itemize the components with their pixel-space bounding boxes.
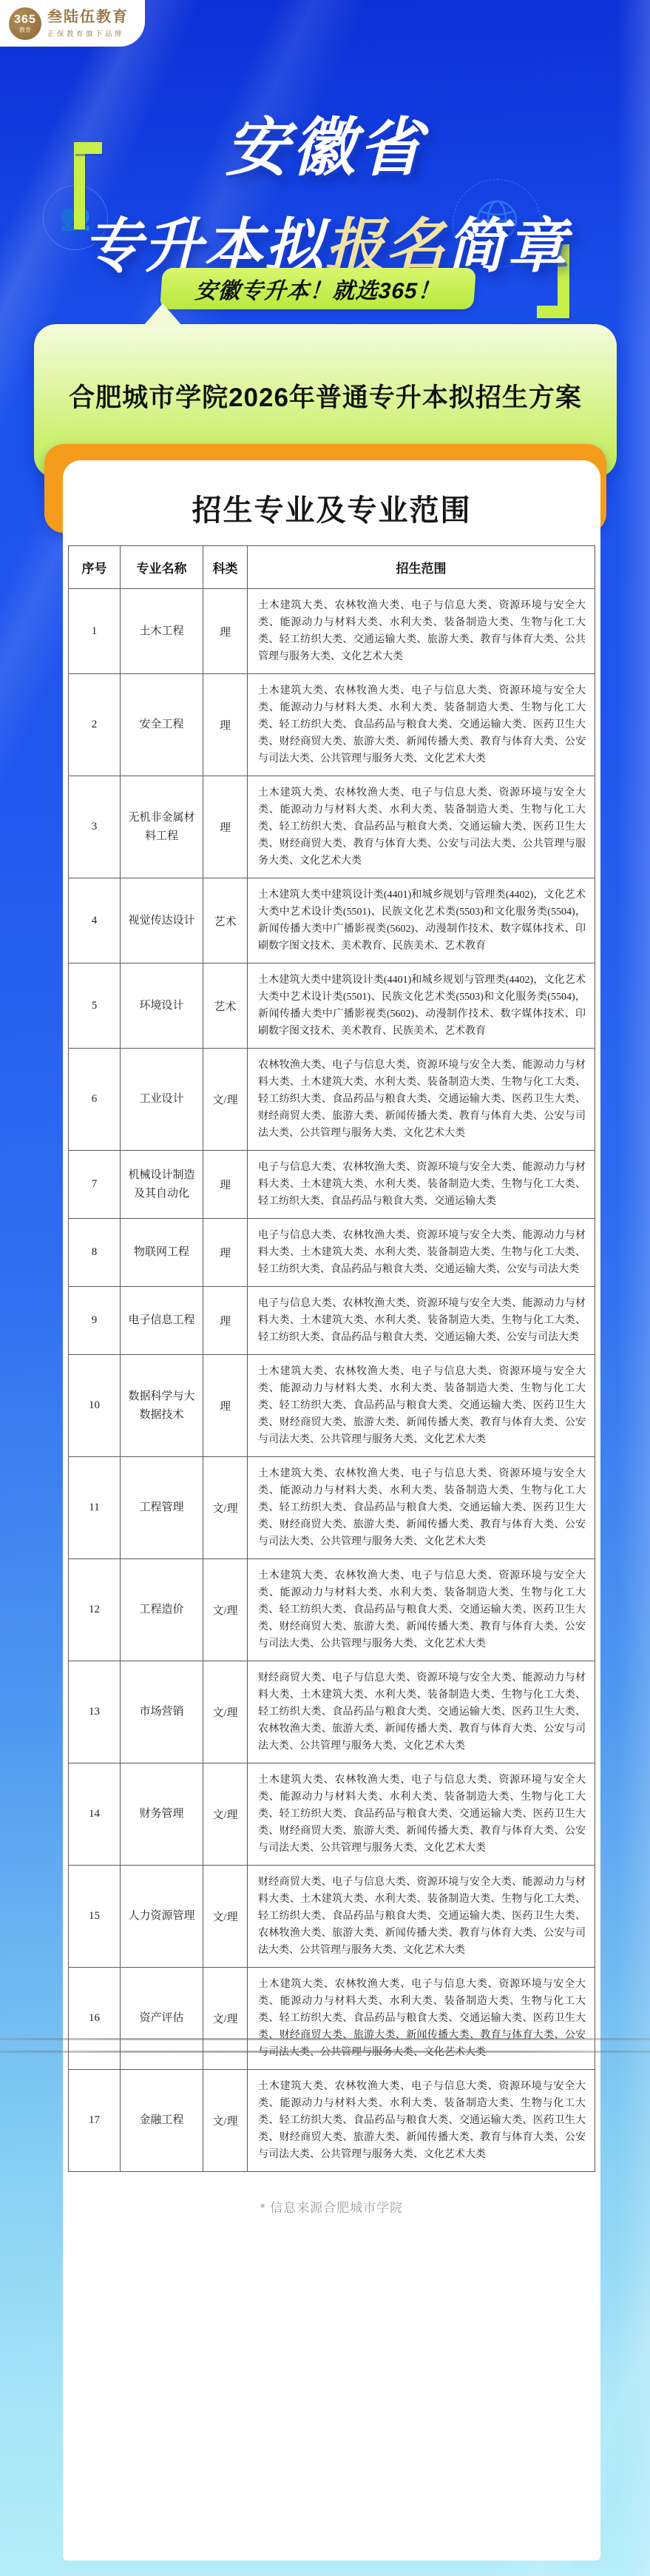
row-category: 理	[203, 674, 248, 776]
header-scope: 招生范围	[248, 546, 595, 589]
row-category: 理	[203, 1287, 248, 1355]
scheme-card-title: 合肥城市学院2026年普通专升本拟招生方案	[34, 377, 617, 414]
table-row: 7 机械设计制造及其自动化 理 电子与信息大类、农林牧渔大类、资源环境与安全大类…	[69, 1151, 595, 1219]
row-major: 资产评估	[121, 1968, 203, 2070]
hero-title: 安徽省 专升本拟报名简章	[0, 96, 650, 283]
row-no: 17	[69, 2070, 121, 2172]
content-card: 招生专业及专业范围 序号 专业名称 科类 招生范围 1 土木工程 理 土木建筑大…	[63, 460, 600, 2560]
enrollment-table: 序号 专业名称 科类 招生范围 1 土木工程 理 土木建筑大类、农林牧渔大类、电…	[68, 545, 595, 2172]
row-category: 文/理	[203, 1763, 248, 1866]
row-scope: 土木建筑大类、农林牧渔大类、电子与信息大类、资源环境与安全大类、能源动力与材料大…	[248, 1559, 595, 1661]
table-row: 14 财务管理 文/理 土木建筑大类、农林牧渔大类、电子与信息大类、资源环境与安…	[69, 1763, 595, 1866]
row-category: 文/理	[203, 1049, 248, 1151]
brand-logo-chip: 365 教育 叁陆伍教育 正保教育旗下品牌	[0, 0, 145, 47]
row-major: 工程管理	[121, 1457, 203, 1559]
row-no: 11	[69, 1457, 121, 1559]
row-major: 物联网工程	[121, 1219, 203, 1287]
row-scope: 农林牧渔大类、电子与信息大类、资源环境与安全大类、能源动力与材料大类、土木建筑大…	[248, 1049, 595, 1151]
header-category: 科类	[203, 546, 248, 589]
row-category: 理	[203, 776, 248, 878]
stitch-line-1	[0, 2038, 650, 2040]
row-no: 10	[69, 1355, 121, 1457]
section-title: 招生专业及专业范围	[63, 487, 600, 529]
header-no: 序号	[69, 546, 121, 589]
row-category: 理	[203, 1355, 248, 1457]
row-category: 理	[203, 589, 248, 674]
logo-edu-text: 教育	[9, 27, 41, 33]
row-category: 艺术	[203, 878, 248, 964]
row-no: 6	[69, 1049, 121, 1151]
row-no: 9	[69, 1287, 121, 1355]
row-category: 文/理	[203, 1968, 248, 2070]
row-scope: 土木建筑大类、农林牧渔大类、电子与信息大类、资源环境与安全大类、能源动力与材料大…	[248, 1968, 595, 2070]
row-scope: 土木建筑大类、农林牧渔大类、电子与信息大类、资源环境与安全大类、能源动力与材料大…	[248, 1355, 595, 1457]
row-major: 环境设计	[121, 964, 203, 1049]
row-major: 工业设计	[121, 1049, 203, 1151]
row-category: 艺术	[203, 964, 248, 1049]
row-scope: 土木建筑大类、农林牧渔大类、电子与信息大类、资源环境与安全大类、能源动力与材料大…	[248, 674, 595, 776]
row-no: 7	[69, 1151, 121, 1219]
row-no: 15	[69, 1866, 121, 1968]
table-row: 9 电子信息工程 理 电子与信息大类、农林牧渔大类、资源环境与安全大类、能源动力…	[69, 1287, 595, 1355]
table-row: 17 金融工程 文/理 土木建筑大类、农林牧渔大类、电子与信息大类、资源环境与安…	[69, 2070, 595, 2172]
source-note: * 信息来源合肥城市学院	[63, 2197, 600, 2216]
row-major: 财务管理	[121, 1763, 203, 1866]
row-major: 工程造价	[121, 1559, 203, 1661]
header-major: 专业名称	[121, 546, 203, 589]
hero-line1: 安徽省	[0, 96, 650, 188]
row-scope: 电子与信息大类、农林牧渔大类、资源环境与安全大类、能源动力与材料大类、土木建筑大…	[248, 1151, 595, 1219]
row-no: 12	[69, 1559, 121, 1661]
row-category: 文/理	[203, 1866, 248, 1968]
row-category: 理	[203, 1219, 248, 1287]
table-row: 8 物联网工程 理 电子与信息大类、农林牧渔大类、资源环境与安全大类、能源动力与…	[69, 1219, 595, 1287]
table-header-row: 序号 专业名称 科类 招生范围	[69, 546, 595, 589]
row-no: 2	[69, 674, 121, 776]
brand-name: 叁陆伍教育	[47, 9, 129, 25]
row-major: 金融工程	[121, 2070, 203, 2172]
table-row: 5 环境设计 艺术 土木建筑大类中建筑设计类(4401)和城乡规划与管理类(44…	[69, 964, 595, 1049]
slogan-badge-label: 安徽专升本！就选365！	[194, 272, 441, 305]
logo-365-text: 365	[9, 14, 41, 26]
poster: 365 教育 叁陆伍教育 正保教育旗下品牌 👥 安徽省 专升本拟报名简章 安徽专…	[0, 0, 650, 2576]
row-no: 16	[69, 1968, 121, 2070]
row-no: 3	[69, 776, 121, 878]
row-scope: 土木建筑大类、农林牧渔大类、电子与信息大类、资源环境与安全大类、能源动力与材料大…	[248, 1457, 595, 1559]
row-major: 电子信息工程	[121, 1287, 203, 1355]
row-major: 安全工程	[121, 674, 203, 776]
row-scope: 财经商贸大类、电子与信息大类、资源环境与安全大类、能源动力与材料大类、土木建筑大…	[248, 1661, 595, 1763]
row-scope: 土木建筑大类、农林牧渔大类、电子与信息大类、资源环境与安全大类、能源动力与材料大…	[248, 2070, 595, 2172]
table-row: 15 人力资源管理 文/理 财经商贸大类、电子与信息大类、资源环境与安全大类、能…	[69, 1866, 595, 1968]
row-no: 5	[69, 964, 121, 1049]
table-row: 2 安全工程 理 土木建筑大类、农林牧渔大类、电子与信息大类、资源环境与安全大类…	[69, 674, 595, 776]
row-major: 无机非金属材料工程	[121, 776, 203, 878]
table-row: 1 土木工程 理 土木建筑大类、农林牧渔大类、电子与信息大类、资源环境与安全大类…	[69, 589, 595, 674]
table-row: 10 数据科学与大数据技术 理 土木建筑大类、农林牧渔大类、电子与信息大类、资源…	[69, 1355, 595, 1457]
row-scope: 电子与信息大类、农林牧渔大类、资源环境与安全大类、能源动力与材料大类、土木建筑大…	[248, 1287, 595, 1355]
row-scope: 电子与信息大类、农林牧渔大类、资源环境与安全大类、能源动力与材料大类、土木建筑大…	[248, 1219, 595, 1287]
row-category: 理	[203, 1151, 248, 1219]
stitch-line-2	[0, 2051, 650, 2053]
slogan-badge: 安徽专升本！就选365！	[160, 268, 476, 309]
row-category: 文/理	[203, 1661, 248, 1763]
table-row: 16 资产评估 文/理 土木建筑大类、农林牧渔大类、电子与信息大类、资源环境与安…	[69, 1968, 595, 2070]
row-scope: 土木建筑大类、农林牧渔大类、电子与信息大类、资源环境与安全大类、能源动力与材料大…	[248, 1763, 595, 1866]
row-scope: 土木建筑大类中建筑设计类(4401)和城乡规划与管理类(4402)，文化艺术大类…	[248, 878, 595, 964]
brand-logo-icon: 365 教育	[9, 7, 41, 40]
row-no: 1	[69, 589, 121, 674]
row-scope: 土木建筑大类、农林牧渔大类、电子与信息大类、资源环境与安全大类、能源动力与材料大…	[248, 776, 595, 878]
row-no: 8	[69, 1219, 121, 1287]
row-major: 机械设计制造及其自动化	[121, 1151, 203, 1219]
row-no: 4	[69, 878, 121, 964]
table-row: 13 市场营销 文/理 财经商贸大类、电子与信息大类、资源环境与安全大类、能源动…	[69, 1661, 595, 1763]
row-category: 文/理	[203, 1559, 248, 1661]
row-scope: 财经商贸大类、电子与信息大类、资源环境与安全大类、能源动力与材料大类、土木建筑大…	[248, 1866, 595, 1968]
table-row: 3 无机非金属材料工程 理 土木建筑大类、农林牧渔大类、电子与信息大类、资源环境…	[69, 776, 595, 878]
row-major: 数据科学与大数据技术	[121, 1355, 203, 1457]
table-row: 4 视觉传达设计 艺术 土木建筑大类中建筑设计类(4401)和城乡规划与管理类(…	[69, 878, 595, 964]
row-scope: 土木建筑大类中建筑设计类(4401)和城乡规划与管理类(4402)，文化艺术大类…	[248, 964, 595, 1049]
row-category: 文/理	[203, 1457, 248, 1559]
scheme-card-notch	[143, 303, 182, 326]
brand-tagline: 正保教育旗下品牌	[47, 28, 129, 38]
row-major: 人力资源管理	[121, 1866, 203, 1968]
table-row: 6 工业设计 文/理 农林牧渔大类、电子与信息大类、资源环境与安全大类、能源动力…	[69, 1049, 595, 1151]
row-no: 14	[69, 1763, 121, 1866]
table-row: 11 工程管理 文/理 土木建筑大类、农林牧渔大类、电子与信息大类、资源环境与安…	[69, 1457, 595, 1559]
row-major: 土木工程	[121, 589, 203, 674]
row-scope: 土木建筑大类、农林牧渔大类、电子与信息大类、资源环境与安全大类、能源动力与材料大…	[248, 589, 595, 674]
row-no: 13	[69, 1661, 121, 1763]
row-major: 视觉传达设计	[121, 878, 203, 964]
row-major: 市场营销	[121, 1661, 203, 1763]
row-category: 文/理	[203, 2070, 248, 2172]
table-row: 12 工程造价 文/理 土木建筑大类、农林牧渔大类、电子与信息大类、资源环境与安…	[69, 1559, 595, 1661]
